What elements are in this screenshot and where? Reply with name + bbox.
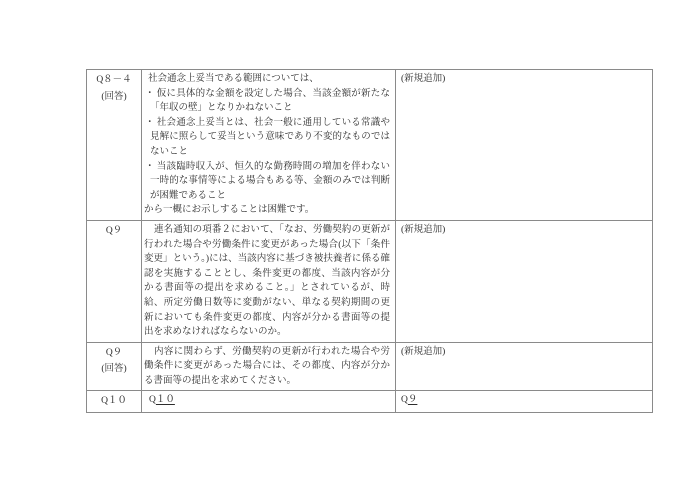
- question-number: Q８－４: [88, 72, 140, 89]
- question-number-underlined: １０: [156, 395, 175, 405]
- answer-label: (回答): [88, 361, 140, 378]
- answer-text: 内容に関わらず、労働契約の更新が行われた場合や労働条件に変更があった場合には、そ…: [144, 345, 390, 389]
- bullet-text: 当該臨時収入が、恒久的な勤務時間の増加を伴わない一時的な事情等による場合もある等…: [150, 162, 390, 201]
- table-row-q10: Q１０ Q１０ Q９: [87, 391, 653, 413]
- answer-outro-text: から一概にお示しすることは困難です。: [144, 203, 390, 218]
- question-number-prefix: Q: [149, 395, 156, 405]
- renumbered-question-cell: Q１０: [142, 391, 396, 413]
- qa-table: Q８－４ (回答) 社会通念上妥当である範囲については、 ・仮に具体的な金額を設…: [86, 69, 653, 413]
- question-number: Q９: [88, 223, 140, 240]
- answer-intro-text: 社会通念上妥当である範囲については、: [144, 72, 390, 87]
- row-label-cell: Q８－４ (回答): [87, 70, 142, 221]
- question-number: Q９: [88, 345, 140, 362]
- bullet-text: 仮に具体的な金額を設定した場合、当該金額が新たな「年収の壁」となりかねないこと: [150, 89, 390, 114]
- bullet-item: ・当該臨時収入が、恒久的な勤務時間の増加を伴わない一時的な事情等による場合もある…: [144, 160, 390, 204]
- row-label-cell: Q１０: [87, 391, 142, 413]
- answer-content-cell: 社会通念上妥当である範囲については、 ・仮に具体的な金額を設定した場合、当該金額…: [142, 70, 396, 221]
- answer-content-cell: 内容に関わらず、労働契約の更新が行われた場合や労働条件に変更があった場合には、そ…: [142, 342, 396, 391]
- question-number: Q１０: [88, 393, 140, 410]
- question-content-cell: 連名通知の項番２において、「なお、労働契約の更新が行われた場合や労働条件に変更が…: [142, 220, 396, 342]
- row-label-cell: Q９: [87, 220, 142, 342]
- revision-note-cell: (新規追加): [396, 70, 653, 221]
- table-row-q9-question: Q９ 連名通知の項番２において、「なお、労働契約の更新が行われた場合や労働条件に…: [87, 220, 653, 342]
- bullet-marker: ・: [145, 118, 155, 128]
- new-addition-note: (新規追加): [401, 345, 647, 360]
- row-label-cell: Q９ (回答): [87, 342, 142, 391]
- bullet-marker: ・: [145, 89, 155, 99]
- document-page: { "document": { "background": "#ffffff",…: [0, 0, 698, 495]
- question-text: 連名通知の項番２において、「なお、労働契約の更新が行われた場合や労働条件に変更が…: [144, 223, 390, 340]
- old-number-note-cell: Q９: [396, 391, 653, 413]
- bullet-text: 社会通念上妥当とは、社会一般に通用している常識や見解に照らして妥当という意味であ…: [150, 118, 390, 157]
- table-row-q8-4-answer: Q８－４ (回答) 社会通念上妥当である範囲については、 ・仮に具体的な金額を設…: [87, 70, 653, 221]
- old-question-number-prefix: Q: [401, 395, 408, 405]
- bullet-marker: ・: [145, 162, 155, 172]
- new-addition-note: (新規追加): [401, 223, 647, 238]
- bullet-item: ・社会通念上妥当とは、社会一般に通用している常識や見解に照らして妥当という意味で…: [144, 116, 390, 160]
- revision-note-cell: (新規追加): [396, 220, 653, 342]
- revision-note-cell: (新規追加): [396, 342, 653, 391]
- table-row-q9-answer: Q９ (回答) 内容に関わらず、労働契約の更新が行われた場合や労働条件に変更があ…: [87, 342, 653, 391]
- old-question-number-underlined: ９: [408, 395, 418, 405]
- answer-label: (回答): [88, 89, 140, 106]
- bullet-item: ・仮に具体的な金額を設定した場合、当該金額が新たな「年収の壁」となりかねないこと: [144, 87, 390, 116]
- new-addition-note: (新規追加): [401, 72, 647, 87]
